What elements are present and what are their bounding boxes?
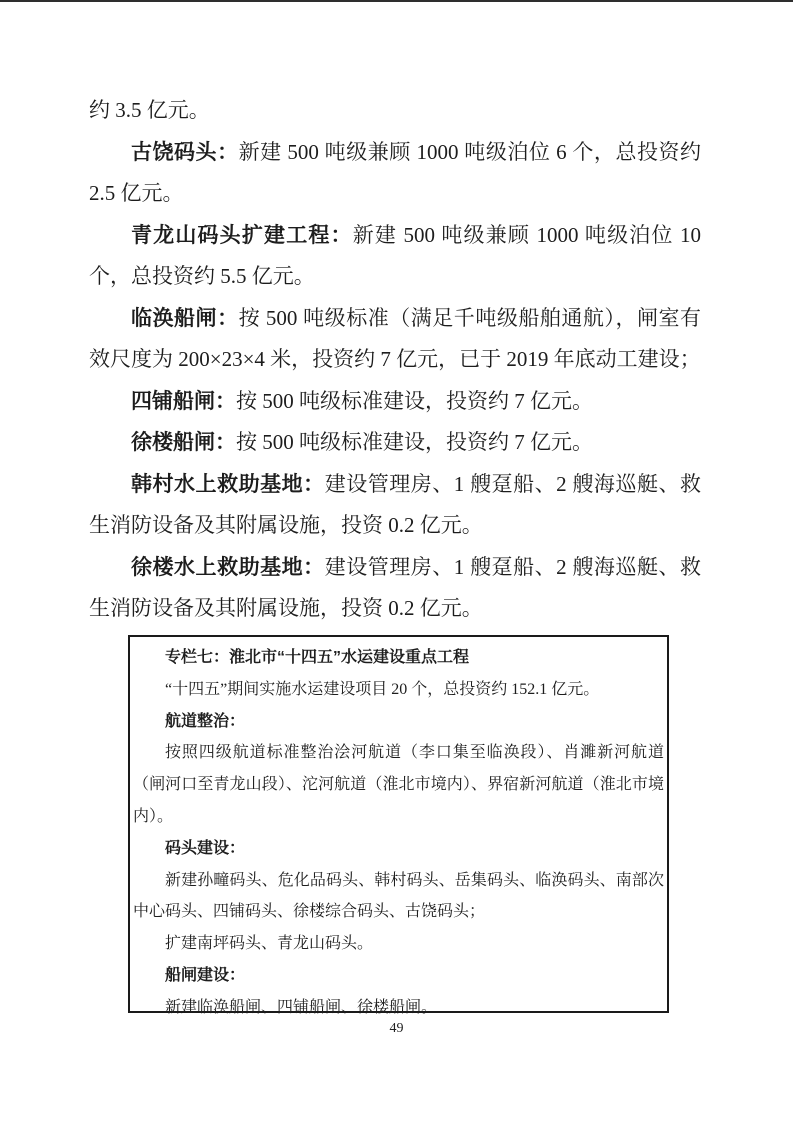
- body-paragraph: 徐楼船闸：按 500 吨级标准建设，投资约 7 亿元。: [89, 422, 701, 464]
- callout-box: 专栏七：淮北市“十四五”水运建设重点工程 “十四五”期间实施水运建设项目 20 …: [128, 635, 669, 1013]
- paragraph-lead: 临涣船闸：: [131, 307, 239, 330]
- paragraph-lead: 徐楼水上救助基地：: [131, 556, 325, 579]
- scan-edge-artifact: [0, 0, 793, 2]
- paragraph-lead: 徐楼船闸：: [131, 431, 236, 454]
- paragraph-lead: 古饶码头：: [131, 141, 239, 164]
- body-paragraph: 古饶码头：新建 500 吨级兼顾 1000 吨级泊位 6 个，总投资约 2.5 …: [89, 132, 701, 215]
- body-paragraph: 徐楼水上救助基地：建设管理房、1 艘趸船、2 艘海巡艇、救生消防设备及其附属设施…: [89, 547, 701, 630]
- section-heading-channel: 航道整治：: [133, 706, 664, 738]
- paragraph-lead: 四铺船闸：: [131, 390, 236, 413]
- page-number: 49: [0, 1021, 793, 1037]
- section-heading-dock: 码头建设：: [133, 833, 664, 865]
- paragraph-text: 约 3.5 亿元。: [89, 98, 210, 122]
- section-paragraph: 新建临涣船闸、四铺船闸、徐楼船闸。: [133, 992, 664, 1024]
- paragraph-lead: 青龙山码头扩建工程：: [131, 224, 353, 247]
- callout-box-intro: “十四五”期间实施水运建设项目 20 个，总投资约 152.1 亿元。: [133, 674, 664, 706]
- body-paragraph: 韩村水上救助基地：建设管理房、1 艘趸船、2 艘海巡艇、救生消防设备及其附属设施…: [89, 464, 701, 547]
- callout-box-title: 专栏七：淮北市“十四五”水运建设重点工程: [133, 642, 664, 674]
- paragraph-text: 按 500 吨级标准建设，投资约 7 亿元。: [236, 389, 593, 413]
- body-paragraph: 四铺船闸：按 500 吨级标准建设，投资约 7 亿元。: [89, 381, 701, 423]
- section-paragraph: 扩建南坪码头、青龙山码头。: [133, 928, 664, 960]
- section-heading-shiplock: 船闸建设：: [133, 960, 664, 992]
- body-paragraph: 临涣船闸：按 500 吨级标准（满足千吨级船舶通航），闸室有效尺度为 200×2…: [89, 298, 701, 381]
- paragraph-text: 按 500 吨级标准建设，投资约 7 亿元。: [236, 430, 593, 454]
- body-paragraph: 约 3.5 亿元。: [89, 90, 701, 132]
- document-body: 约 3.5 亿元。 古饶码头：新建 500 吨级兼顾 1000 吨级泊位 6 个…: [89, 90, 701, 630]
- section-paragraph: 新建孙疃码头、危化品码头、韩村码头、岳集码头、临涣码头、南部次中心码头、四铺码头…: [133, 865, 664, 929]
- section-paragraph: 按照四级航道标准整治浍河航道（李口集至临涣段）、肖濉新河航道（闸河口至青龙山段）…: [133, 737, 664, 832]
- paragraph-lead: 韩村水上救助基地：: [131, 473, 325, 496]
- body-paragraph: 青龙山码头扩建工程：新建 500 吨级兼顾 1000 吨级泊位 10 个，总投资…: [89, 215, 701, 298]
